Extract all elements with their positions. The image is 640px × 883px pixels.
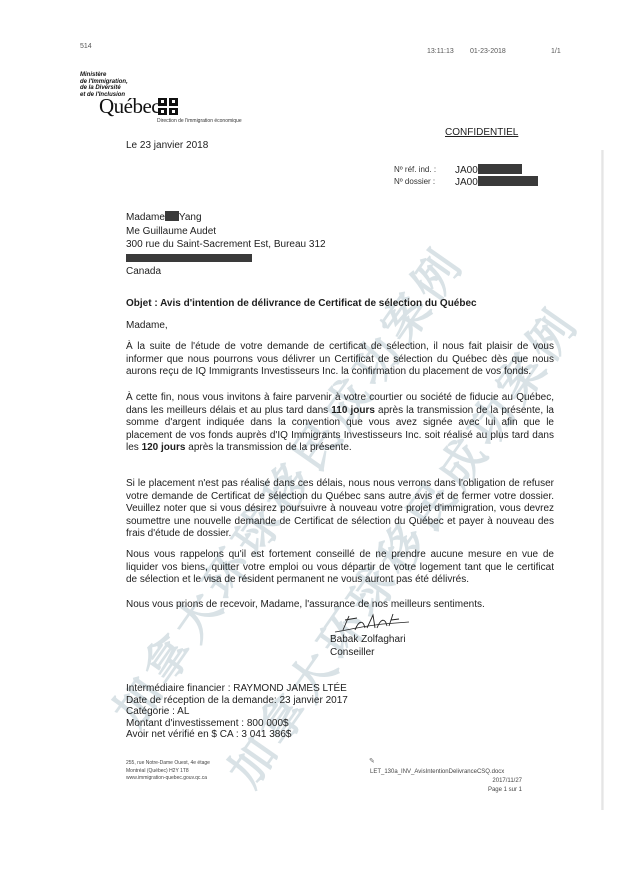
paragraph: À cette fin, nous vous invitons à faire … (126, 392, 554, 455)
recipient-surname: Yang (179, 212, 202, 223)
confidential-label: CONFIDENTIEL (445, 127, 518, 138)
quebec-flag-icon (158, 98, 178, 115)
text: après la transmission de la présente. (185, 442, 351, 453)
ref-label: Nº réf. ind. : (394, 165, 436, 174)
recipient-line: Me Guillaume Audet (126, 225, 326, 239)
paragraph: Nous vous prions de recevoir, Madame, l'… (126, 599, 554, 612)
redaction (478, 176, 538, 186)
footer-address-line: Montréal (Québec) H2Y 1T8 (126, 768, 210, 776)
quebec-logo-text: Québec (99, 96, 160, 116)
signer-title: Conseiller (330, 647, 406, 660)
redacted-line (126, 252, 326, 266)
fax-id: 514 (80, 43, 92, 50)
letter-date: Le 23 janvier 2018 (126, 140, 208, 151)
recipient-address: MadameYang Me Guillaume Audet 300 rue du… (126, 211, 326, 279)
case-info-line: Avoir net vérifié en $ CA : 3 041 386$ (126, 729, 348, 741)
recipient-prefix: Madame (126, 212, 165, 223)
fax-time: 13:11:13 (427, 48, 454, 55)
doc-filename: LET_130a_INV_AvisIntentionDelivranceCSQ.… (370, 768, 522, 777)
fax-date: 01-23-2018 (470, 48, 506, 55)
case-info: Intermédiaire financier : RAYMOND JAMES … (126, 683, 348, 741)
dossier-value: JA00 (455, 176, 538, 188)
footer-website: www.immigration-quebec.gouv.qc.ca (126, 775, 210, 783)
ref-value: JA00 (455, 164, 522, 176)
recipient-line: 300 rue du Saint-Sacrement Est, Bureau 3… (126, 238, 326, 252)
redaction (126, 254, 252, 262)
case-info-line: Catégorie : AL (126, 706, 348, 718)
ministry-line: de la Diversité (80, 85, 128, 92)
redaction (478, 164, 522, 174)
subject-line: Objet : Avis d'intention de délivrance d… (126, 298, 477, 309)
dossier-value-text: JA00 (455, 177, 478, 188)
case-info-line: Date de réception de la demande: 23 janv… (126, 695, 348, 707)
dossier-label: Nº dossier : (394, 177, 435, 186)
direction-name: Direction de l'immigration économique (157, 118, 242, 124)
doc-date: 2017/11/27 (370, 777, 522, 786)
page-edge-shadow (601, 150, 604, 810)
greeting: Madame, (126, 320, 168, 331)
pen-mark: ✎ (369, 757, 375, 765)
paragraph: À la suite de l'étude de votre demande d… (126, 341, 554, 379)
footer-address: 255, rue Notre-Dame Ouest, 4e étage Mont… (126, 760, 210, 783)
signer-block: Babak Zolfaghari Conseiller (330, 634, 406, 659)
redaction (165, 211, 179, 221)
case-info-line: Montant d'investissement : 800 000$ (126, 718, 348, 730)
footer-address-line: 255, rue Notre-Dame Ouest, 4e étage (126, 760, 210, 768)
deadline-110: 110 jours (331, 405, 375, 416)
recipient-country: Canada (126, 265, 326, 279)
paragraph: Nous vous rappelons qu'il est fortement … (126, 549, 554, 587)
paragraph: Si le placement n'est pas réalisé dans c… (126, 478, 554, 541)
signer-name: Babak Zolfaghari (330, 634, 406, 647)
fax-page: 1/1 (551, 48, 561, 55)
recipient-name: MadameYang (126, 211, 326, 225)
doc-page: Page 1 sur 1 (370, 786, 522, 795)
footer-doc-info: LET_130a_INV_AvisIntentionDelivranceCSQ.… (370, 768, 522, 795)
ref-value-text: JA00 (455, 165, 478, 176)
deadline-120: 120 jours (142, 442, 186, 453)
case-info-line: Intermédiaire financier : RAYMOND JAMES … (126, 683, 348, 695)
